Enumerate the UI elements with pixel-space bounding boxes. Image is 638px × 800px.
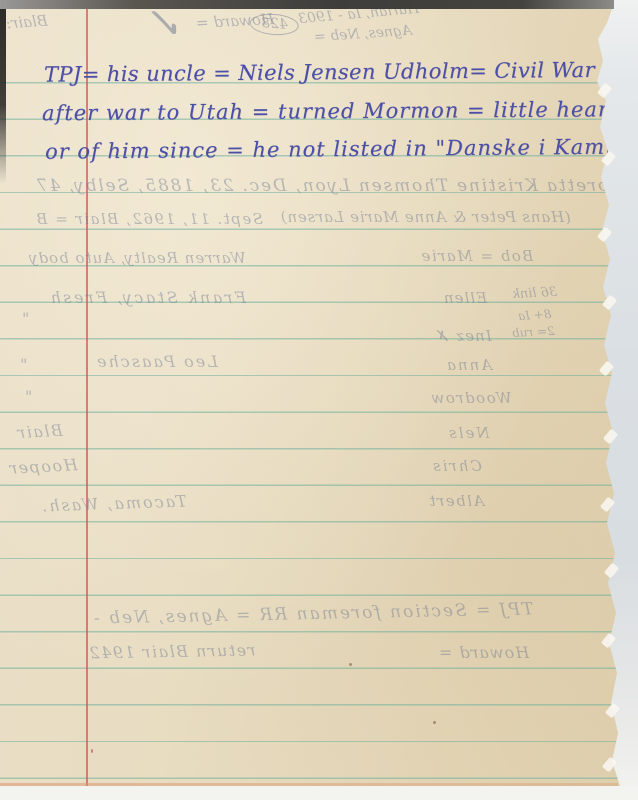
bleedthrough-nels: Nels: [447, 424, 490, 442]
bleedthrough-howard-bottom: Howard =: [438, 643, 529, 662]
bleedthrough-return-blair: return Blair 1942: [88, 641, 256, 663]
bleedthrough-bob-marie: Bob = Marie: [420, 247, 533, 265]
bleedthrough-2-rub: 2= rub: [512, 324, 555, 340]
bleedthrough-lyon-line: Loretta Kristine Thomsen Lyon, Dec. 23, …: [35, 176, 621, 196]
bleedthrough-agnes-top: Agnes, Neb =: [314, 23, 413, 46]
dust-speck: [433, 721, 436, 724]
bleedthrough-36-link: 36 link: [512, 285, 558, 302]
bleedthrough-inez: Inez ✗: [436, 327, 492, 345]
dust-speck: [91, 749, 93, 753]
bleedthrough-warren-realty: Warren Realty, Auto body: [28, 249, 246, 267]
bleedthrough-blair-date: Sept. 11, 1962, Blair = B: [35, 210, 263, 228]
bleedthrough-parents: (Hans Peter & Anne Marie Larsen): [280, 208, 571, 226]
handwritten-line-2: after war to Utah = turned Mormon = litt…: [42, 97, 638, 125]
bleedthrough-hooper: Hooper: [8, 455, 78, 478]
bleedthrough-anna: Anna: [445, 356, 492, 374]
scanner-edge-left: [0, 9, 6, 184]
bleedthrough-ellen: Ellen: [443, 289, 487, 307]
bleedthrough-woodrow: Woodrow: [430, 389, 512, 407]
bleedthrough-blair-left: Blair: [16, 421, 64, 442]
bleedthrough-ditto-3: ": [25, 387, 32, 406]
notebook-paper: TPJ= his uncle = Niels Jensen Udholm= Ci…: [0, 9, 626, 786]
circled-page-number: 428: [249, 12, 299, 36]
scanner-edge-top: [0, 0, 614, 9]
bleedthrough-blair-top: Blair:: [5, 12, 48, 33]
dust-speck: [349, 663, 352, 666]
bleedthrough-leo-paasche: Leo Paasche: [95, 352, 218, 371]
red-margin-line: [86, 9, 88, 786]
bleedthrough-8-ia: 8+ Ia: [518, 307, 552, 323]
bleedthrough-chris: Chris: [431, 457, 482, 475]
bleedthrough-albert: Albert: [428, 492, 484, 510]
bleedthrough-ditto-1: ": [22, 309, 29, 328]
handwritten-line-3: or of him since = he not listed in "Dans…: [45, 134, 638, 163]
bleedthrough-section-foreman: TPJ = Section foreman RR = Agnes, Neb -: [92, 599, 534, 628]
scanner-edge-bottom: [0, 786, 638, 800]
handwritten-line-1: TPJ= his uncle = Niels Jensen Udholm= Ci…: [44, 57, 638, 86]
bleedthrough-tacoma: Tacoma, Wash.: [40, 491, 187, 515]
bleedthrough-frank-stacy: Frank Stacy, Fresh: [48, 288, 246, 307]
bleedthrough-ditto-2: ": [20, 355, 27, 374]
scanned-notebook-page: TPJ= his uncle = Niels Jensen Udholm= Ci…: [0, 0, 638, 800]
